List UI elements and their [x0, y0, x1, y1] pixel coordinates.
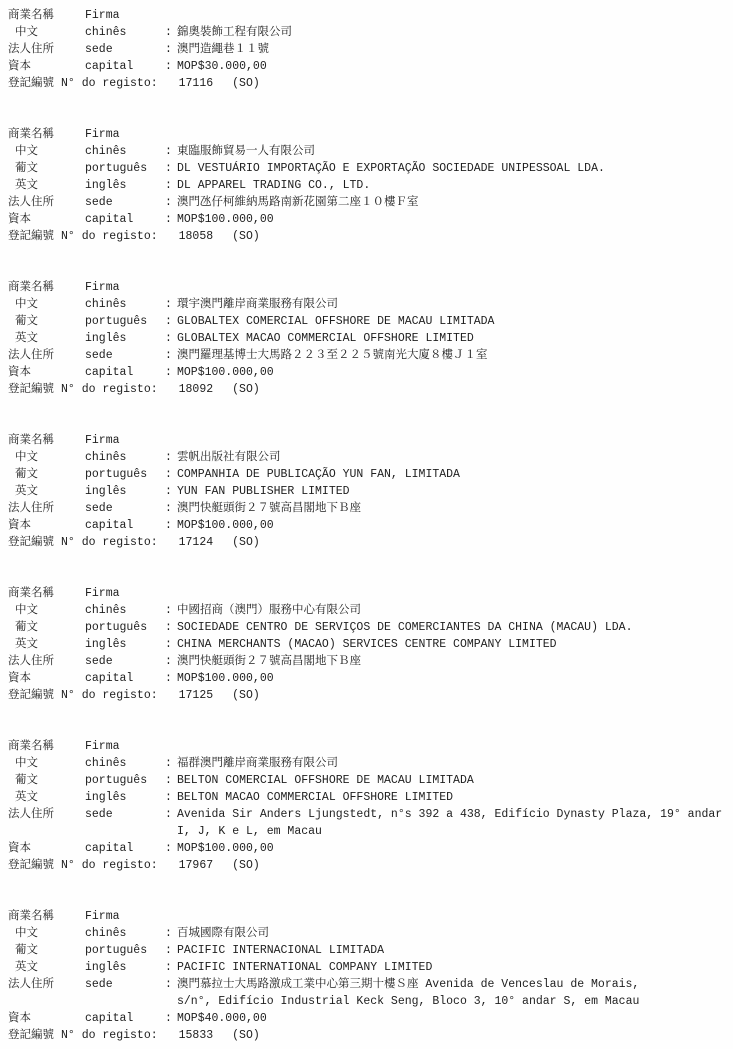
- capital-row: 資本 capital : MOP$40.000,00: [8, 1010, 733, 1027]
- colon: :: [165, 789, 177, 806]
- capital-amount: MOP$30.000,00: [177, 58, 733, 75]
- chinese-label-cn: 中文: [8, 925, 85, 942]
- registration-number: 15833: [179, 1027, 214, 1044]
- colon: :: [165, 959, 177, 976]
- chinese-name-row: 中文 chinês : 福群澳門離岸商業服務有限公司: [8, 755, 733, 772]
- chinese-name-row: 中文 chinês : 百城國際有限公司: [8, 925, 733, 942]
- registo-label-cn: 登記編號: [8, 228, 54, 245]
- registered-office-address-line2: s/n°, Edifício Industrial Keck Seng, Blo…: [177, 993, 733, 1010]
- sede-label-cn: 法人住所: [8, 806, 85, 823]
- registration-suffix: (SO): [232, 228, 260, 245]
- colon: :: [165, 619, 177, 636]
- chinese-label-pt: chinês: [85, 602, 165, 619]
- capital-label-cn: 資本: [8, 517, 85, 534]
- capital-row: 資本 capital : MOP$100.000,00: [8, 364, 733, 381]
- registration-entry: 商業名稱 Firma 中文 chinês : 百城國際有限公司 葡文 portu…: [8, 908, 733, 1044]
- portuguese-name-row: 葡文 português : COMPANHIA DE PUBLICAÇÃO Y…: [8, 466, 733, 483]
- chinese-name-row: 中文 chinês : 東臨服飾貿易一人有限公司: [8, 143, 733, 160]
- portuguese-label-cn: 葡文: [8, 942, 85, 959]
- registo-label-pt: N° do registo:: [61, 687, 158, 704]
- registo-label-cn: 登記編號: [8, 381, 54, 398]
- company-name-english: CHINA MERCHANTS (MACAO) SERVICES CENTRE …: [177, 636, 733, 653]
- capital-label-pt: capital: [85, 364, 165, 381]
- registo-label-pt: N° do registo:: [61, 75, 158, 92]
- english-name-row: 英文 inglês : DL APPAREL TRADING CO., LTD.: [8, 177, 733, 194]
- english-label-pt: inglês: [85, 177, 165, 194]
- colon: :: [165, 313, 177, 330]
- company-name-chinese: 中國招商（澳門）服務中心有限公司: [177, 602, 733, 619]
- company-name-chinese: 東臨服飾貿易一人有限公司: [177, 143, 733, 160]
- sede-label-cn: 法人住所: [8, 653, 85, 670]
- firma-row: 商業名稱 Firma: [8, 432, 733, 449]
- english-name-row: 英文 inglês : PACIFIC INTERNATIONAL COMPAN…: [8, 959, 733, 976]
- address-row: 法人住所 sede : 澳門氹仔柯維納馬路南新花園第二座１０樓Ｆ室: [8, 194, 733, 211]
- registration-number: 17116: [179, 75, 214, 92]
- firma-label-pt: Firma: [85, 7, 165, 24]
- capital-amount: MOP$100.000,00: [177, 840, 733, 857]
- capital-label-cn: 資本: [8, 364, 85, 381]
- portuguese-name-row: 葡文 português : GLOBALTEX COMERCIAL OFFSH…: [8, 313, 733, 330]
- registo-label-pt: N° do registo:: [61, 381, 158, 398]
- english-label-pt: inglês: [85, 483, 165, 500]
- capital-amount: MOP$100.000,00: [177, 670, 733, 687]
- portuguese-label-pt: português: [85, 772, 165, 789]
- english-label-cn: 英文: [8, 483, 85, 500]
- english-label-cn: 英文: [8, 789, 85, 806]
- firma-label-cn: 商業名稱: [8, 126, 85, 143]
- registration-suffix: (SO): [232, 381, 260, 398]
- company-name-chinese: 百城國際有限公司: [177, 925, 733, 942]
- address-row: 法人住所 sede : 澳門快艇頭街２７號高昌閣地下Ｂ座: [8, 500, 733, 517]
- portuguese-name-row: 葡文 português : DL VESTUÁRIO IMPORTAÇÃO E…: [8, 160, 733, 177]
- registration-number: 17125: [179, 687, 214, 704]
- address-row: 法人住所 sede : 澳門快艇頭街２７號高昌閣地下Ｂ座: [8, 653, 733, 670]
- colon: :: [165, 500, 177, 517]
- firma-label-cn: 商業名稱: [8, 432, 85, 449]
- chinese-label-pt: chinês: [85, 755, 165, 772]
- chinese-name-row: 中文 chinês : 中國招商（澳門）服務中心有限公司: [8, 602, 733, 619]
- registo-label-cn: 登記編號: [8, 1027, 54, 1044]
- capital-amount: MOP$100.000,00: [177, 517, 733, 534]
- chinese-label-cn: 中文: [8, 755, 85, 772]
- sede-label-cn: 法人住所: [8, 194, 85, 211]
- chinese-label-pt: chinês: [85, 925, 165, 942]
- capital-amount: MOP$40.000,00: [177, 1010, 733, 1027]
- registo-label-cn: 登記編號: [8, 857, 54, 874]
- firma-row: 商業名稱 Firma: [8, 585, 733, 602]
- firma-label-pt: Firma: [85, 908, 165, 925]
- portuguese-label-pt: português: [85, 619, 165, 636]
- company-name-chinese: 錦奧裝飾工程有限公司: [177, 24, 733, 41]
- colon: :: [165, 466, 177, 483]
- registration-entry: 商業名稱 Firma 中文 chinês : 福群澳門離岸商業服務有限公司 葡文…: [8, 738, 733, 874]
- registration-number-row: 登記編號 N° do registo: 18058 (SO): [8, 228, 733, 245]
- firma-row: 商業名稱 Firma: [8, 908, 733, 925]
- portuguese-label-cn: 葡文: [8, 313, 85, 330]
- english-label-pt: inglês: [85, 789, 165, 806]
- registo-label-cn: 登記編號: [8, 687, 54, 704]
- registration-number-row: 登記編號 N° do registo: 17124 (SO): [8, 534, 733, 551]
- address-continuation-row: s/n°, Edifício Industrial Keck Seng, Blo…: [8, 993, 733, 1010]
- capital-label-pt: capital: [85, 517, 165, 534]
- company-name-chinese: 雲帆出版社有限公司: [177, 449, 733, 466]
- sede-label-pt: sede: [85, 806, 165, 823]
- firma-label-cn: 商業名稱: [8, 908, 85, 925]
- chinese-label-cn: 中文: [8, 24, 85, 41]
- company-name-chinese: 福群澳門離岸商業服務有限公司: [177, 755, 733, 772]
- registo-label-pt: N° do registo:: [61, 228, 158, 245]
- colon: :: [165, 517, 177, 534]
- firma-label-pt: Firma: [85, 585, 165, 602]
- portuguese-name-row: 葡文 português : BELTON COMERCIAL OFFSHORE…: [8, 772, 733, 789]
- chinese-label-pt: chinês: [85, 24, 165, 41]
- firma-label-pt: Firma: [85, 738, 165, 755]
- firma-label-pt: Firma: [85, 279, 165, 296]
- portuguese-label-pt: português: [85, 466, 165, 483]
- chinese-label-pt: chinês: [85, 449, 165, 466]
- colon: :: [165, 330, 177, 347]
- colon: :: [165, 177, 177, 194]
- registo-label-pt: N° do registo:: [61, 857, 158, 874]
- registration-number: 17124: [179, 534, 214, 551]
- firma-row: 商業名稱 Firma: [8, 279, 733, 296]
- registered-office-address: Avenida Sir Anders Ljungstedt, n°s 392 a…: [177, 806, 733, 823]
- colon: :: [165, 755, 177, 772]
- company-name-english: PACIFIC INTERNATIONAL COMPANY LIMITED: [177, 959, 733, 976]
- firma-row: 商業名稱 Firma: [8, 126, 733, 143]
- chinese-label-pt: chinês: [85, 143, 165, 160]
- colon: :: [165, 449, 177, 466]
- company-name-portuguese: BELTON COMERCIAL OFFSHORE DE MACAU LIMIT…: [177, 772, 733, 789]
- colon: :: [165, 1010, 177, 1027]
- company-name-english: YUN FAN PUBLISHER LIMITED: [177, 483, 733, 500]
- registry-page: 商業名稱 Firma 中文 chinês : 錦奧裝飾工程有限公司 法人住所 s…: [0, 0, 733, 1049]
- capital-row: 資本 capital : MOP$100.000,00: [8, 670, 733, 687]
- capital-row: 資本 capital : MOP$100.000,00: [8, 840, 733, 857]
- colon: :: [165, 925, 177, 942]
- firma-label-pt: Firma: [85, 432, 165, 449]
- english-name-row: 英文 inglês : YUN FAN PUBLISHER LIMITED: [8, 483, 733, 500]
- portuguese-name-row: 葡文 português : SOCIEDADE CENTRO DE SERVI…: [8, 619, 733, 636]
- address-row: 法人住所 sede : Avenida Sir Anders Ljungsted…: [8, 806, 733, 823]
- chinese-label-cn: 中文: [8, 449, 85, 466]
- registered-office-address: 澳門快艇頭街２７號高昌閣地下Ｂ座: [177, 500, 733, 517]
- portuguese-label-pt: português: [85, 942, 165, 959]
- sede-label-cn: 法人住所: [8, 347, 85, 364]
- chinese-name-row: 中文 chinês : 環宇澳門離岸商業服務有限公司: [8, 296, 733, 313]
- company-name-portuguese: COMPANHIA DE PUBLICAÇÃO YUN FAN, LIMITAD…: [177, 466, 733, 483]
- registration-suffix: (SO): [232, 1027, 260, 1044]
- chinese-label-cn: 中文: [8, 143, 85, 160]
- registered-office-address: 澳門慕拉士大馬路激成工業中心第三期十樓Ｓ座 Avenida de Vencesl…: [177, 976, 733, 993]
- address-row: 法人住所 sede : 澳門造繩巷１１號: [8, 41, 733, 58]
- sede-label-pt: sede: [85, 500, 165, 517]
- address-continuation-row: I, J, K e L, em Macau: [8, 823, 733, 840]
- colon: :: [165, 602, 177, 619]
- scanned-registry-document: { "labels": { "firma_cn": "商業名稱", "firma…: [0, 0, 733, 1049]
- firma-label-cn: 商業名稱: [8, 738, 85, 755]
- firma-row: 商業名稱 Firma: [8, 738, 733, 755]
- capital-label-pt: capital: [85, 211, 165, 228]
- colon: :: [165, 840, 177, 857]
- registration-entry: 商業名稱 Firma 中文 chinês : 環宇澳門離岸商業服務有限公司 葡文…: [8, 279, 733, 398]
- capital-label-cn: 資本: [8, 58, 85, 75]
- registration-entry: 商業名稱 Firma 中文 chinês : 中國招商（澳門）服務中心有限公司 …: [8, 585, 733, 704]
- chinese-label-pt: chinês: [85, 296, 165, 313]
- registration-entry: 商業名稱 Firma 中文 chinês : 雲帆出版社有限公司 葡文 port…: [8, 432, 733, 551]
- portuguese-label-pt: português: [85, 313, 165, 330]
- capital-label-pt: capital: [85, 840, 165, 857]
- sede-label-cn: 法人住所: [8, 500, 85, 517]
- company-name-portuguese: GLOBALTEX COMERCIAL OFFSHORE DE MACAU LI…: [177, 313, 733, 330]
- registration-entry: 商業名稱 Firma 中文 chinês : 東臨服飾貿易一人有限公司 葡文 p…: [8, 126, 733, 245]
- firma-label-cn: 商業名稱: [8, 585, 85, 602]
- sede-label-pt: sede: [85, 41, 165, 58]
- company-name-portuguese: DL VESTUÁRIO IMPORTAÇÃO E EXPORTAÇÃO SOC…: [177, 160, 733, 177]
- chinese-name-row: 中文 chinês : 錦奧裝飾工程有限公司: [8, 24, 733, 41]
- english-name-row: 英文 inglês : GLOBALTEX MACAO COMMERCIAL O…: [8, 330, 733, 347]
- colon: :: [165, 194, 177, 211]
- colon: :: [165, 670, 177, 687]
- colon: :: [165, 772, 177, 789]
- colon: :: [165, 347, 177, 364]
- firma-label-cn: 商業名稱: [8, 7, 85, 24]
- capital-label-cn: 資本: [8, 1010, 85, 1027]
- sede-label-cn: 法人住所: [8, 976, 85, 993]
- sede-label-pt: sede: [85, 194, 165, 211]
- english-label-pt: inglês: [85, 959, 165, 976]
- sede-label-pt: sede: [85, 347, 165, 364]
- capital-amount: MOP$100.000,00: [177, 211, 733, 228]
- registered-office-address-line2: I, J, K e L, em Macau: [177, 823, 733, 840]
- colon: :: [165, 806, 177, 823]
- address-row: 法人住所 sede : 澳門慕拉士大馬路激成工業中心第三期十樓Ｓ座 Avenid…: [8, 976, 733, 993]
- sede-label-cn: 法人住所: [8, 41, 85, 58]
- chinese-label-cn: 中文: [8, 296, 85, 313]
- registration-number-row: 登記編號 N° do registo: 18092 (SO): [8, 381, 733, 398]
- colon: :: [165, 296, 177, 313]
- portuguese-name-row: 葡文 português : PACIFIC INTERNACIONAL LIM…: [8, 942, 733, 959]
- capital-label-cn: 資本: [8, 670, 85, 687]
- english-label-cn: 英文: [8, 330, 85, 347]
- capital-label-pt: capital: [85, 1010, 165, 1027]
- registration-number-row: 登記編號 N° do registo: 17967 (SO): [8, 857, 733, 874]
- registration-number-row: 登記編號 N° do registo: 17116 (SO): [8, 75, 733, 92]
- portuguese-label-cn: 葡文: [8, 466, 85, 483]
- registration-suffix: (SO): [232, 687, 260, 704]
- portuguese-label-cn: 葡文: [8, 619, 85, 636]
- registo-label-cn: 登記編號: [8, 75, 54, 92]
- colon: :: [165, 653, 177, 670]
- firma-label-pt: Firma: [85, 126, 165, 143]
- portuguese-label-pt: português: [85, 160, 165, 177]
- english-label-pt: inglês: [85, 330, 165, 347]
- registration-number: 17967: [179, 857, 214, 874]
- capital-row: 資本 capital : MOP$30.000,00: [8, 58, 733, 75]
- english-name-row: 英文 inglês : BELTON MACAO COMMERCIAL OFFS…: [8, 789, 733, 806]
- registration-number: 18092: [179, 381, 214, 398]
- portuguese-label-cn: 葡文: [8, 160, 85, 177]
- company-name-english: DL APPAREL TRADING CO., LTD.: [177, 177, 733, 194]
- capital-label-cn: 資本: [8, 211, 85, 228]
- chinese-name-row: 中文 chinês : 雲帆出版社有限公司: [8, 449, 733, 466]
- english-label-cn: 英文: [8, 636, 85, 653]
- colon: :: [165, 58, 177, 75]
- registration-number-row: 登記編號 N° do registo: 15833 (SO): [8, 1027, 733, 1044]
- registration-suffix: (SO): [232, 534, 260, 551]
- registration-number: 18058: [179, 228, 214, 245]
- colon: :: [165, 364, 177, 381]
- registered-office-address: 澳門快艇頭街２７號高昌閣地下Ｂ座: [177, 653, 733, 670]
- registo-label-cn: 登記編號: [8, 534, 54, 551]
- colon: :: [165, 41, 177, 58]
- company-name-chinese: 環宇澳門離岸商業服務有限公司: [177, 296, 733, 313]
- capital-label-cn: 資本: [8, 840, 85, 857]
- registration-number-row: 登記編號 N° do registo: 17125 (SO): [8, 687, 733, 704]
- sede-label-pt: sede: [85, 976, 165, 993]
- company-name-english: BELTON MACAO COMMERCIAL OFFSHORE LIMITED: [177, 789, 733, 806]
- registered-office-address: 澳門氹仔柯維納馬路南新花園第二座１０樓Ｆ室: [177, 194, 733, 211]
- capital-amount: MOP$100.000,00: [177, 364, 733, 381]
- english-name-row: 英文 inglês : CHINA MERCHANTS (MACAO) SERV…: [8, 636, 733, 653]
- english-label-cn: 英文: [8, 959, 85, 976]
- registration-suffix: (SO): [232, 75, 260, 92]
- sede-label-pt: sede: [85, 653, 165, 670]
- colon: :: [165, 636, 177, 653]
- registration-entry: 商業名稱 Firma 中文 chinês : 錦奧裝飾工程有限公司 法人住所 s…: [8, 7, 733, 92]
- english-label-pt: inglês: [85, 636, 165, 653]
- registered-office-address: 澳門造繩巷１１號: [177, 41, 733, 58]
- capital-label-pt: capital: [85, 58, 165, 75]
- english-label-cn: 英文: [8, 177, 85, 194]
- firma-row: 商業名稱 Firma: [8, 7, 733, 24]
- colon: :: [165, 942, 177, 959]
- colon: :: [165, 24, 177, 41]
- registo-label-pt: N° do registo:: [61, 534, 158, 551]
- registo-label-pt: N° do registo:: [61, 1027, 158, 1044]
- address-row: 法人住所 sede : 澳門羅理基博士大馬路２２３至２２５號南光大廈８樓Ｊ１室: [8, 347, 733, 364]
- company-name-english: GLOBALTEX MACAO COMMERCIAL OFFSHORE LIMI…: [177, 330, 733, 347]
- registration-suffix: (SO): [232, 857, 260, 874]
- portuguese-label-cn: 葡文: [8, 772, 85, 789]
- capital-row: 資本 capital : MOP$100.000,00: [8, 517, 733, 534]
- firma-label-cn: 商業名稱: [8, 279, 85, 296]
- colon: :: [165, 976, 177, 993]
- colon: :: [165, 483, 177, 500]
- colon: :: [165, 143, 177, 160]
- company-name-portuguese: SOCIEDADE CENTRO DE SERVIÇOS DE COMERCIA…: [177, 619, 733, 636]
- capital-label-pt: capital: [85, 670, 165, 687]
- chinese-label-cn: 中文: [8, 602, 85, 619]
- company-name-portuguese: PACIFIC INTERNACIONAL LIMITADA: [177, 942, 733, 959]
- colon: :: [165, 160, 177, 177]
- registered-office-address: 澳門羅理基博士大馬路２２３至２２５號南光大廈８樓Ｊ１室: [177, 347, 733, 364]
- colon: :: [165, 211, 177, 228]
- capital-row: 資本 capital : MOP$100.000,00: [8, 211, 733, 228]
